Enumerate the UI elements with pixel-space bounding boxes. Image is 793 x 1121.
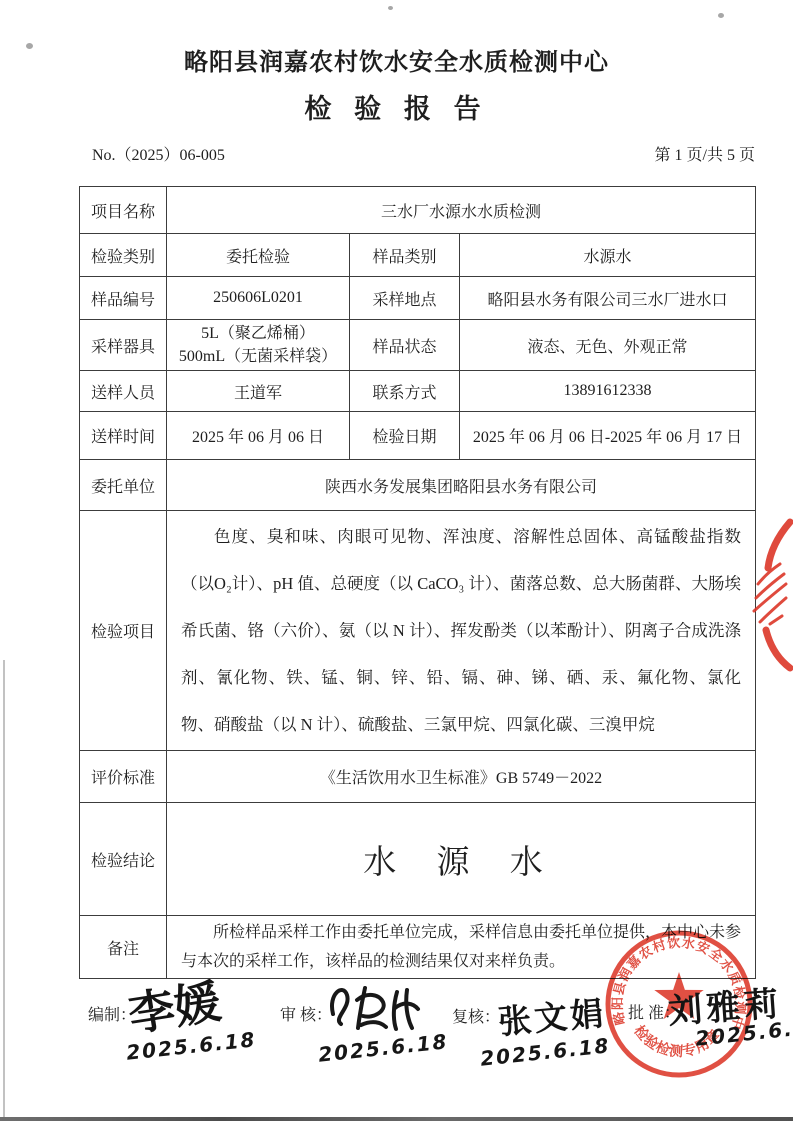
row-conclusion: 检验结论 水 源 水 bbox=[80, 803, 756, 916]
items-value-text: 色度、臭和味、肉眼可见物、浑浊度、溶解性总固体、高锰酸盐指数（以O₂计）、pH … bbox=[171, 513, 751, 748]
sample-no-label-cell: 样品编号 bbox=[80, 277, 167, 320]
state-label-cell: 样品状态 bbox=[350, 320, 460, 371]
items-label-cell: 检验项目 bbox=[80, 511, 167, 751]
row-container: 采样器具 5L（聚乙烯桶） 500mL（无菌采样袋） 样品状态 液态、无色、外观… bbox=[80, 320, 756, 371]
contact-value-cell: 13891612338 bbox=[460, 371, 756, 412]
report-page: 略阳县润嘉农村饮水安全水质检测中心 检 验 报 告 No.（2025）06-00… bbox=[0, 0, 793, 1121]
client-value-cell: 陕西水务发展集团略阳县水务有限公司 bbox=[167, 460, 756, 511]
conclusion-value-cell: 水 源 水 bbox=[167, 803, 756, 916]
reviewed-date-handwriting: 2025.6.18 bbox=[317, 1029, 449, 1067]
row-client: 委托单位 陕西水务发展集团略阳县水务有限公司 bbox=[80, 460, 756, 511]
conclusion-label-cell: 检验结论 bbox=[80, 803, 167, 916]
row-type: 检验类别 委托检验 样品类别 水源水 bbox=[80, 234, 756, 277]
row-dates: 送样时间 2025 年 06 月 06 日 检验日期 2025 年 06 月 0… bbox=[80, 412, 756, 460]
report-number: No.（2025）06-005 bbox=[92, 142, 225, 165]
row-project: 项目名称 三水厂水源水水质检测 bbox=[80, 187, 756, 234]
rechecked-label: 复核： bbox=[452, 1004, 500, 1027]
report-info-table: 项目名称 三水厂水源水水质检测 检验类别 委托检验 样品类别 水源水 样品编号 … bbox=[79, 186, 756, 979]
type-label-cell: 检验类别 bbox=[80, 234, 167, 277]
row-sender: 送样人员 王道军 联系方式 13891612338 bbox=[80, 371, 756, 412]
location-label-cell: 采样地点 bbox=[350, 277, 460, 320]
row-sample-no: 样品编号 250606L0201 采样地点 略阳县水务有限公司三水厂进水口 bbox=[80, 277, 756, 320]
sample-type-label-cell: 样品类别 bbox=[350, 234, 460, 277]
container-value-line2: 500mL（无菌采样袋） bbox=[171, 345, 345, 368]
send-time-value-cell: 2025 年 06 月 06 日 bbox=[167, 412, 350, 460]
sender-value-cell: 王道军 bbox=[167, 371, 350, 412]
container-value-cell: 5L（聚乙烯桶） 500mL（无菌采样袋） bbox=[167, 320, 350, 371]
test-date-label-cell: 检验日期 bbox=[350, 412, 460, 460]
standard-value-cell: 《生活饮用水卫生标准》GB 5749－2022 bbox=[167, 751, 756, 803]
page-left-edge-shadow bbox=[3, 660, 5, 1117]
scan-speck bbox=[718, 13, 724, 18]
edge-seal-fragment bbox=[748, 512, 793, 677]
scan-speck bbox=[388, 6, 393, 10]
type-value-cell: 委托检验 bbox=[167, 234, 350, 277]
row-items: 检验项目 色度、臭和味、肉眼可见物、浑浊度、溶解性总固体、高锰酸盐指数（以O₂计… bbox=[80, 511, 756, 751]
sample-type-value-cell: 水源水 bbox=[460, 234, 756, 277]
sender-label-cell: 送样人员 bbox=[80, 371, 167, 412]
remark-label-cell: 备注 bbox=[80, 916, 167, 979]
row-standard: 评价标准 《生活饮用水卫生标准》GB 5749－2022 bbox=[80, 751, 756, 803]
location-value-cell: 略阳县水务有限公司三水厂进水口 bbox=[460, 277, 756, 320]
project-label-cell: 项目名称 bbox=[80, 187, 167, 234]
container-value-line1: 5L（聚乙烯桶） bbox=[171, 322, 345, 345]
items-value-cell: 色度、臭和味、肉眼可见物、浑浊度、溶解性总固体、高锰酸盐指数（以O₂计）、pH … bbox=[167, 511, 756, 751]
sample-no-value-cell: 250606L0201 bbox=[167, 277, 350, 320]
standard-label-cell: 评价标准 bbox=[80, 751, 167, 803]
state-value-cell: 液态、无色、外观正常 bbox=[460, 320, 756, 371]
test-date-value-cell: 2025 年 06 月 06 日-2025 年 06 月 17 日 bbox=[460, 412, 756, 460]
org-title: 略阳县润嘉农村饮水安全水质检测中心 bbox=[0, 42, 793, 77]
project-value-cell: 三水厂水源水水质检测 bbox=[167, 187, 756, 234]
container-label-cell: 采样器具 bbox=[80, 320, 167, 371]
page-indicator: 第 1 页/共 5 页 bbox=[655, 142, 755, 165]
page-bottom-edge-shadow bbox=[0, 1117, 793, 1121]
contact-label-cell: 联系方式 bbox=[350, 371, 460, 412]
reviewed-signature-handwriting bbox=[325, 978, 435, 1034]
report-title: 检 验 报 告 bbox=[0, 87, 793, 126]
conclusion-text: 水 源 水 bbox=[363, 845, 559, 881]
report-meta: No.（2025）06-005 第 1 页/共 5 页 bbox=[92, 142, 755, 165]
send-time-label-cell: 送样时间 bbox=[80, 412, 167, 460]
scan-speck bbox=[26, 43, 33, 49]
client-label-cell: 委托单位 bbox=[80, 460, 167, 511]
